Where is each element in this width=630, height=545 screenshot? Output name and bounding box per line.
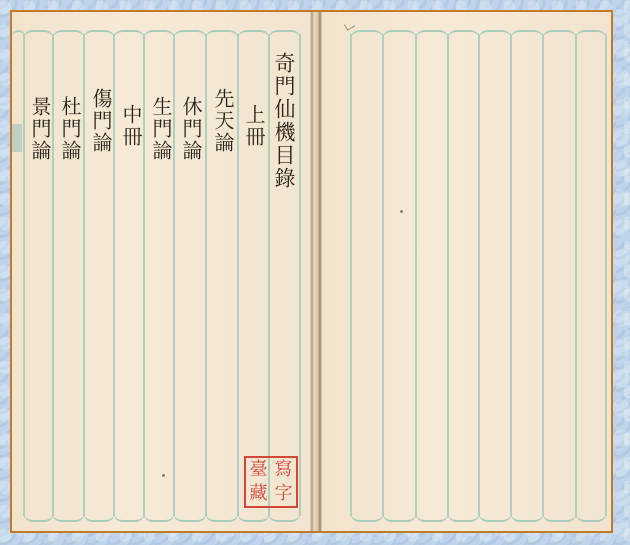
ruling-arc	[143, 512, 175, 522]
ruling-line	[447, 34, 449, 516]
seal-char: 臺	[246, 458, 271, 482]
ruling-arc	[350, 512, 384, 522]
ruling-arc	[23, 30, 54, 40]
ruling-arc	[382, 512, 417, 522]
ruling-arc	[52, 512, 85, 522]
ruling-line	[382, 34, 384, 516]
ink-speck	[162, 474, 165, 477]
toc-title: 奇門仙機目錄	[269, 52, 299, 190]
ruling-arc	[205, 30, 239, 40]
ruling-arc	[478, 512, 512, 522]
ruling-arc	[447, 512, 480, 522]
ruling-arc	[415, 512, 449, 522]
toc-chapter-shengmen: 生門論	[147, 96, 176, 162]
ruling-arc	[113, 30, 145, 40]
left-page: 奇門仙機目錄 上冊 先天論 休門論 生門論 中冊 傷門論 杜門論 景門論 臺 寫…	[12, 12, 315, 531]
book-spread: 奇門仙機目錄 上冊 先天論 休門論 生門論 中冊 傷門論 杜門論 景門論 臺 寫…	[10, 10, 613, 533]
seal-char: 藏	[246, 482, 271, 506]
toc-volume-upper: 上冊	[240, 104, 269, 148]
toc-chapter-jingmen: 景門論	[26, 96, 55, 162]
paper-stain	[12, 124, 22, 152]
ruling-arc	[447, 30, 480, 40]
ruling-line	[510, 34, 512, 516]
ruling-arc	[173, 512, 207, 522]
ruling-line	[605, 34, 607, 516]
ruling-arc	[478, 30, 512, 40]
ruling-arc	[575, 30, 607, 40]
ruling-arc	[350, 30, 384, 40]
ruling-arc	[415, 30, 449, 40]
ruling-arc	[173, 30, 207, 40]
ruling-line	[542, 34, 544, 516]
ruling-arc	[382, 30, 417, 40]
ruling-arc	[23, 512, 54, 522]
ruling-arc	[542, 30, 577, 40]
ruling-arc	[575, 512, 607, 522]
ruling-arc	[542, 512, 577, 522]
ruling-arc	[83, 30, 115, 40]
toc-chapter-xiumen: 休門論	[177, 96, 206, 162]
ruling-arc	[510, 30, 544, 40]
ruling-arc	[268, 30, 301, 40]
toc-chapter-shangmen: 傷門論	[87, 88, 116, 154]
toc-chapter-dumen: 杜門論	[56, 96, 85, 162]
ink-mark	[344, 20, 355, 31]
toc-volume-middle: 中冊	[117, 104, 146, 148]
ruling-arc	[510, 512, 544, 522]
right-page	[322, 12, 613, 531]
ruling-arc	[143, 30, 175, 40]
seal-char: 字	[271, 482, 296, 506]
seal-char: 寫	[271, 458, 296, 482]
ruling-line	[575, 34, 577, 516]
ruling-line	[299, 34, 301, 516]
ruling-arc	[237, 30, 270, 40]
ruling-line	[23, 34, 25, 516]
ruling-line	[350, 34, 352, 516]
ruling-arc	[205, 512, 239, 522]
toc-chapter-xiantian: 先天論	[209, 88, 238, 154]
ruling-arc	[83, 512, 115, 522]
collector-seal: 臺 寫 藏 字	[244, 456, 298, 508]
ruling-arc	[268, 512, 301, 522]
ruling-arc	[113, 512, 145, 522]
ruling-line	[415, 34, 417, 516]
ruling-arc	[237, 512, 270, 522]
ruling-arc	[52, 30, 85, 40]
ruling-line	[478, 34, 480, 516]
ink-speck	[400, 210, 403, 213]
